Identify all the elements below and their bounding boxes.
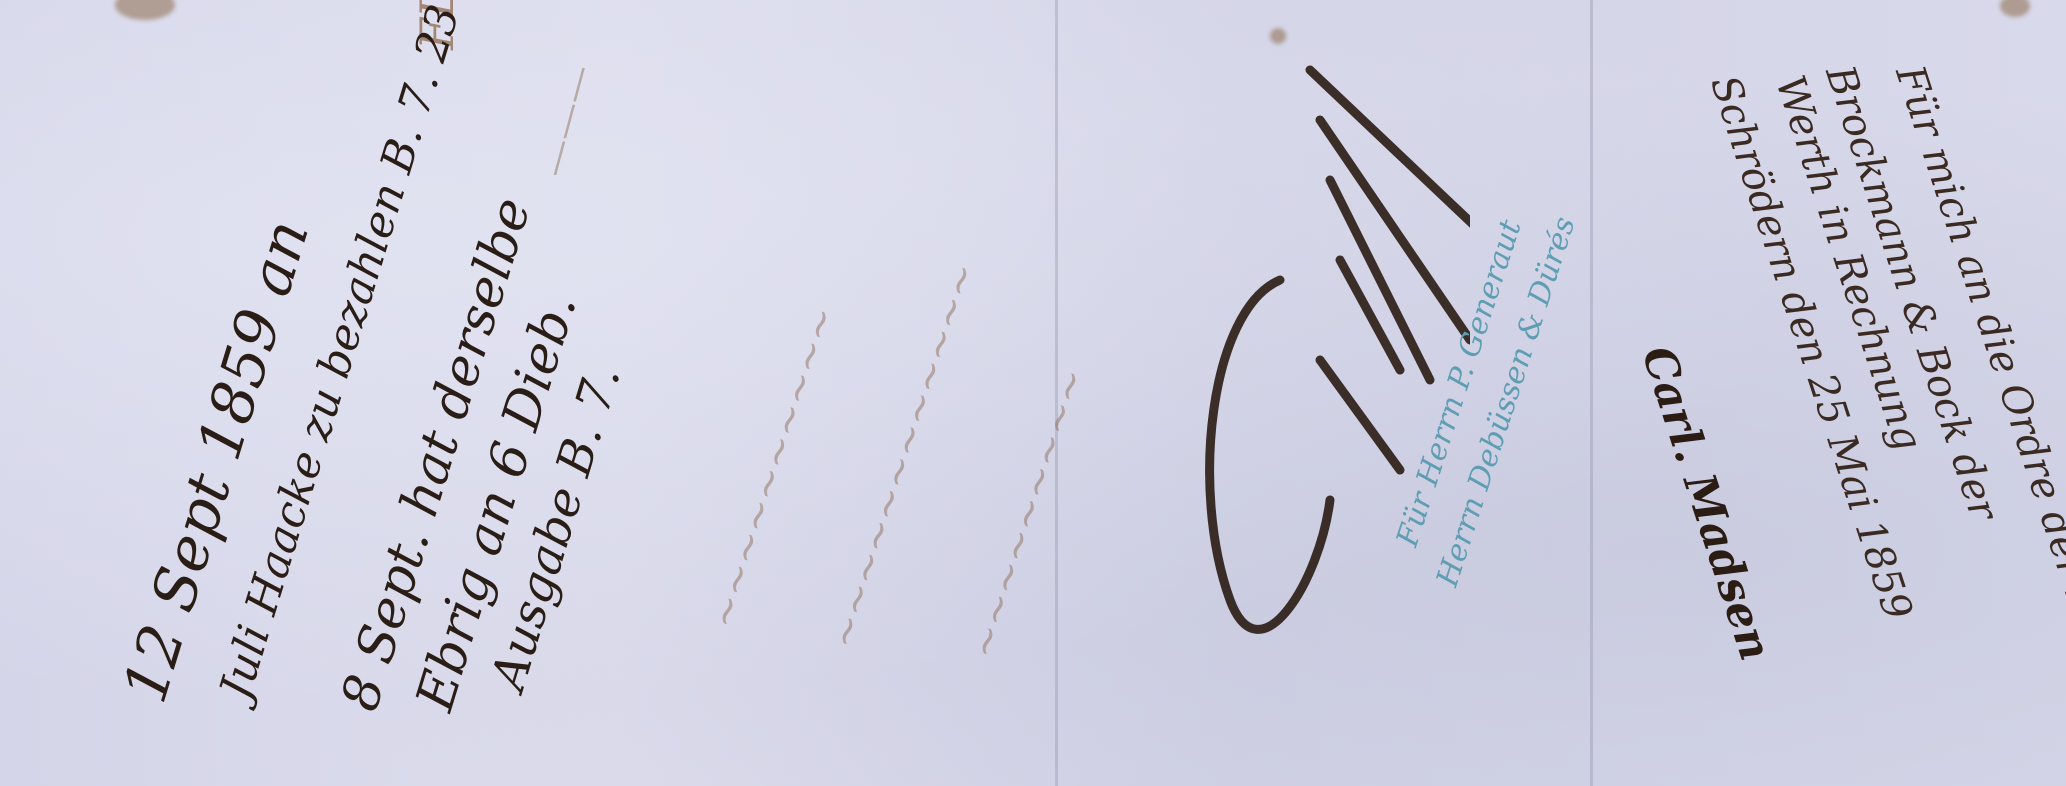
fold-line: [1590, 0, 1593, 786]
ink-stain: [2000, 0, 2030, 17]
bleed-through-text: ———: [530, 60, 602, 182]
document-page: ——— ~~~~~~~~~~ ~~~~~~~~~~~~ ~~~~~~~~~ FL…: [0, 0, 2066, 786]
bleed-through-text: ~~~~~~~~~: [960, 363, 1097, 664]
right-signature: Carl. Madsen: [1631, 340, 1780, 667]
ink-stain: [115, 0, 175, 20]
bleed-through-text: ~~~~~~~~~~: [700, 301, 847, 634]
signature-flourish: [1170, 40, 1470, 740]
